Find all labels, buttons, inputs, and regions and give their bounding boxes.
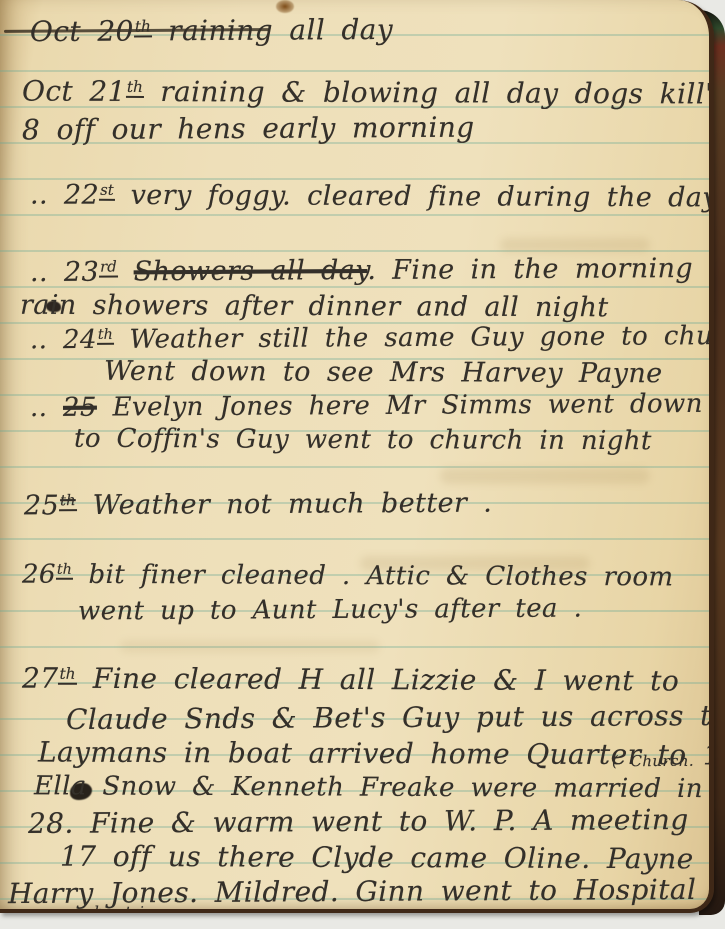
entry-oct27-line2: Claude Snds & Bet's Guy put us across to: [66, 699, 714, 736]
handwritten-text: . Fine in the morning: [367, 253, 693, 286]
ordinal-superscript: th: [126, 78, 144, 98]
diary-page: Oct 20th raining all dayOct 21th raining…: [0, 0, 714, 913]
handwritten-text: .. 23: [30, 257, 99, 288]
entry-oct27-line4: Ella Snow & Kenneth Freake were married …: [34, 771, 714, 805]
handwritten-text: 8 off our hens early morning: [22, 111, 475, 147]
handwritten-text: Weather still the same Guy gone to churc…: [114, 321, 714, 355]
handwritten-text: bit finer cleaned . Attic & Clothes room: [73, 560, 674, 593]
handwritten-text: [118, 256, 134, 287]
handwritten-text: 26: [22, 560, 56, 590]
handwritten-text: ( Church.: [612, 752, 694, 771]
handwritten-text: Claude Snds & Bet's Guy put us across to: [66, 699, 714, 736]
entry-oct21-line2: 8 off our hens early morning: [22, 111, 475, 147]
struck-text: Showers all day: [134, 255, 368, 287]
handwritten-text: rain showers after dinner and all night: [20, 290, 609, 324]
handwritten-text: Fine cleared H all Lizzie & I went to: [76, 662, 679, 698]
entry-oct26-line2: went up to Aunt Lucy's after tea .: [78, 593, 582, 626]
entry-oct21-line1: Oct 21th raining & blowing all day dogs …: [22, 74, 714, 110]
entry-oct20-line1: Oct 20th raining all day: [30, 13, 393, 48]
handwritten-text: .. 24: [30, 325, 97, 355]
ordinal-superscript: th: [56, 562, 73, 580]
entry-oct26-line1: 26th bit finer cleaned . Attic & Clothes…: [22, 560, 674, 593]
entry-oct25b-line1: 25th Weather not much better .: [24, 488, 492, 522]
handwritten-text: 17 off us there Clyde came Oline. Payne: [60, 840, 694, 876]
handwritten-text: raining all day: [152, 13, 393, 47]
handwritten-text: by tri: [94, 903, 144, 913]
insertion-by-tri: by tri: [94, 903, 144, 913]
handwritten-text: Oct 20: [30, 14, 134, 48]
handwritten-text: to Coffin's Guy went to church in night: [74, 424, 652, 457]
entry-oct24-line1: .. 24th Weather still the same Guy gone …: [30, 321, 714, 356]
handwritten-text: ..: [30, 393, 63, 423]
ordinal-superscript: th: [58, 664, 76, 684]
entry-oct24-line2: Went down to see Mrs Harvey Payne: [104, 356, 663, 389]
photo-background: Oct 20th raining all dayOct 21th raining…: [0, 0, 725, 929]
handwritten-text: 25: [24, 490, 59, 521]
entry-oct28-line2: 17 off us there Clyde came Oline. Payne: [60, 840, 694, 876]
entry-oct25-line2: to Coffin's Guy went to church in night: [74, 424, 652, 457]
struck-text: 25: [63, 393, 97, 423]
handwritten-text: raining & blowing all day dogs kill'd: [144, 75, 714, 111]
handwritten-text: Oct 21: [22, 74, 126, 107]
insertion-church: ( Church.: [612, 752, 694, 771]
entry-oct28-line1: 28. Fine & warm went to W. P. A meeting: [28, 803, 689, 840]
handwritten-text: 27: [22, 662, 59, 695]
entry-oct23-line2: rain showers after dinner and all night: [20, 290, 609, 324]
entry-oct27-line1: 27th Fine cleared H all Lizzie & I went …: [22, 662, 679, 698]
entry-oct25-line1: .. 25 Evelyn Jones here Mr Simms went do…: [30, 389, 703, 423]
entry-oct22-line1: .. 22st very foggy. cleared fine during …: [30, 179, 714, 213]
ordinal-superscript: th: [134, 17, 152, 37]
handwriting: Oct 20th raining all dayOct 21th raining…: [0, 0, 709, 909]
handwritten-text: Ella Snow & Kenneth Freake were married …: [34, 771, 714, 805]
handwritten-text: Weather not much better .: [77, 488, 493, 522]
handwritten-text: very foggy. cleared fine during the day …: [115, 180, 714, 214]
handwritten-text: went up to Aunt Lucy's after tea .: [78, 593, 582, 626]
handwritten-text: Went down to see Mrs Harvey Payne: [104, 356, 663, 389]
ordinal-superscript: th: [97, 327, 114, 345]
handwritten-text: .. 22: [30, 179, 99, 210]
ordinal-superscript: rd: [99, 258, 118, 278]
ordinal-superscript: th: [59, 491, 77, 511]
ordinal-superscript: st: [99, 181, 115, 201]
handwritten-text: Evelyn Jones here Mr Simms went down: [97, 389, 703, 423]
handwritten-text: 28. Fine & warm went to W. P. A meeting: [28, 803, 689, 840]
entry-oct23-line1: .. 23rd Showers all day. Fine in the mor…: [30, 253, 693, 288]
